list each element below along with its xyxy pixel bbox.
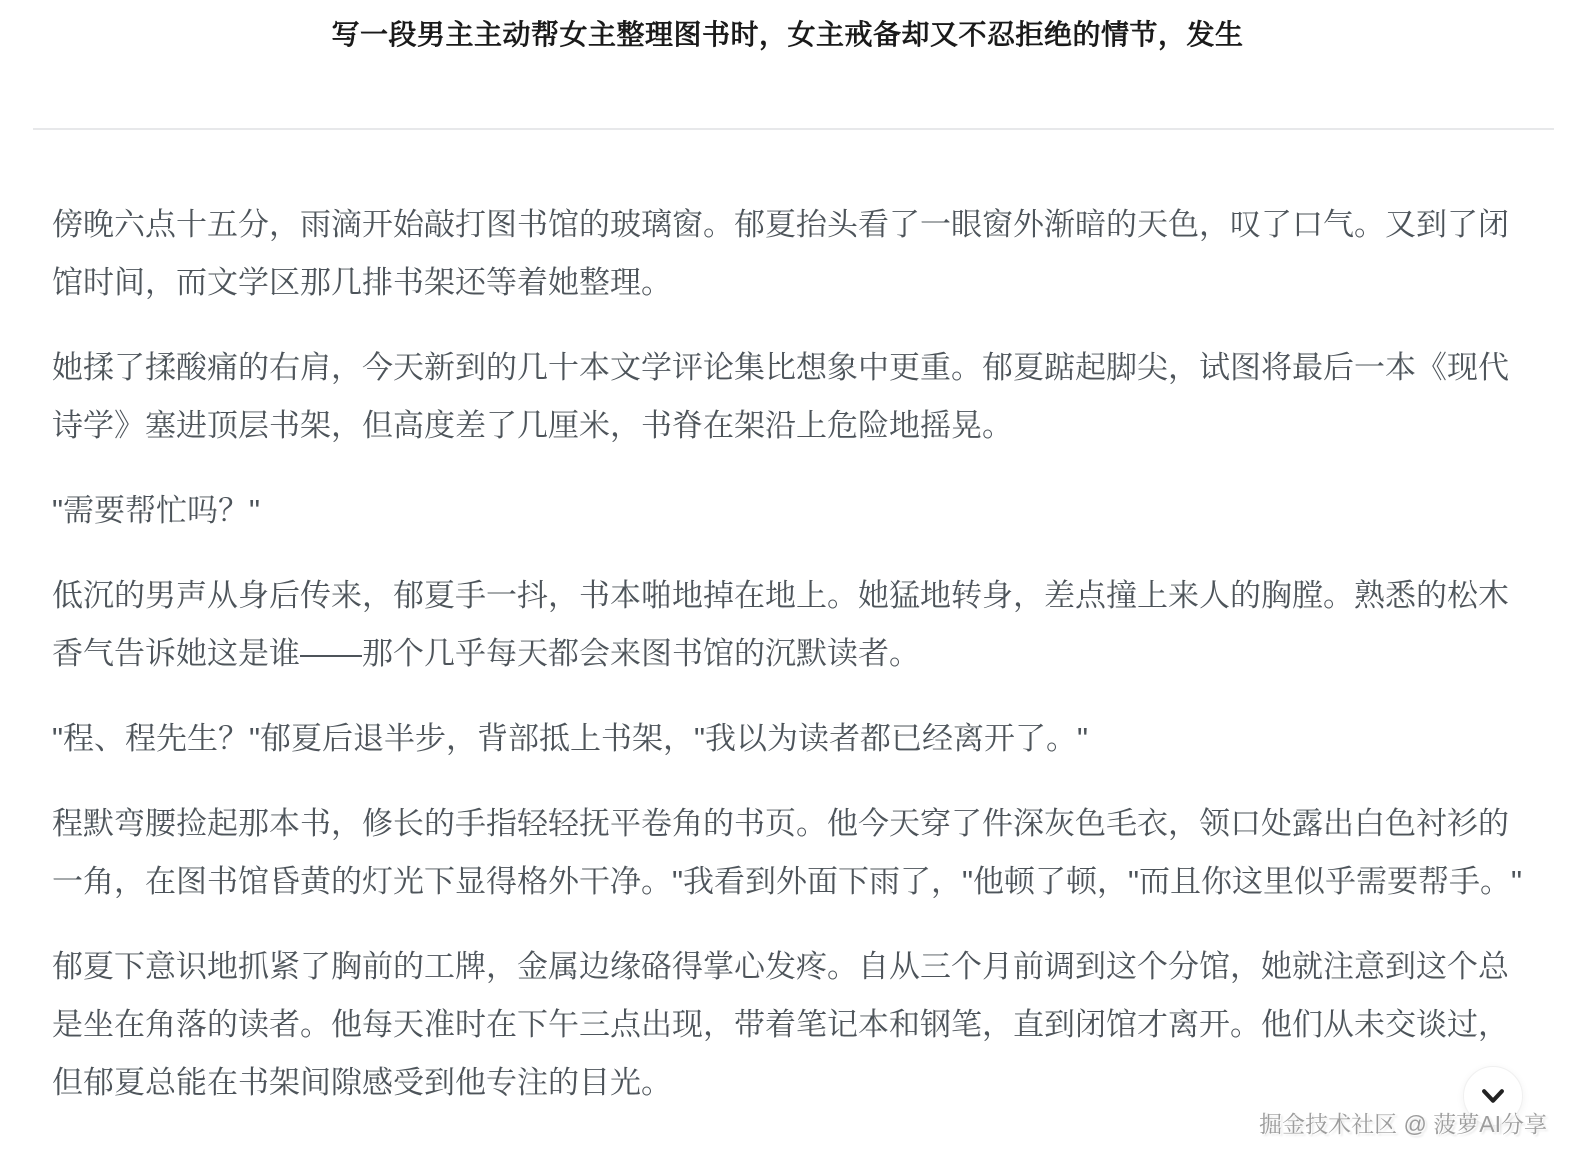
- story-paragraph: "程、程先生？"郁夏后退半步，背部抵上书架，"我以为读者都已经离开了。": [52, 710, 1530, 768]
- story-paragraph: 郁夏下意识地抓紧了胸前的工牌，金属边缘硌得掌心发疼。自从三个月前调到这个分馆，她…: [52, 938, 1530, 1112]
- story-paragraph: 她揉了揉酸痛的右肩，今天新到的几十本文学评论集比想象中更重。郁夏踮起脚尖，试图将…: [52, 339, 1530, 455]
- page-title: 写一段男主主动帮女主整理图书时，女主戒备却又不忍拒绝的情节，发生: [0, 0, 1575, 54]
- story-paragraph: 傍晚六点十五分，雨滴开始敲打图书馆的玻璃窗。郁夏抬头看了一眼窗外渐暗的天色，叹了…: [52, 196, 1530, 312]
- chevron-down-icon: [1474, 1077, 1512, 1115]
- scroll-down-button[interactable]: [1463, 1066, 1523, 1126]
- story-paragraph: 程默弯腰捡起那本书，修长的手指轻轻抚平卷角的书页。他今天穿了件深灰色毛衣，领口处…: [52, 795, 1530, 911]
- story-page: 写一段男主主动帮女主整理图书时，女主戒备却又不忍拒绝的情节，发生 傍晚六点十五分…: [0, 0, 1575, 1167]
- story-paragraph: "需要帮忙吗？": [52, 482, 1530, 540]
- story-paragraph: 低沉的男声从身后传来，郁夏手一抖，书本啪地掉在地上。她猛地转身，差点撞上来人的胸…: [52, 567, 1530, 683]
- story-body: 傍晚六点十五分，雨滴开始敲打图书馆的玻璃窗。郁夏抬头看了一眼窗外渐暗的天色，叹了…: [0, 130, 1575, 1112]
